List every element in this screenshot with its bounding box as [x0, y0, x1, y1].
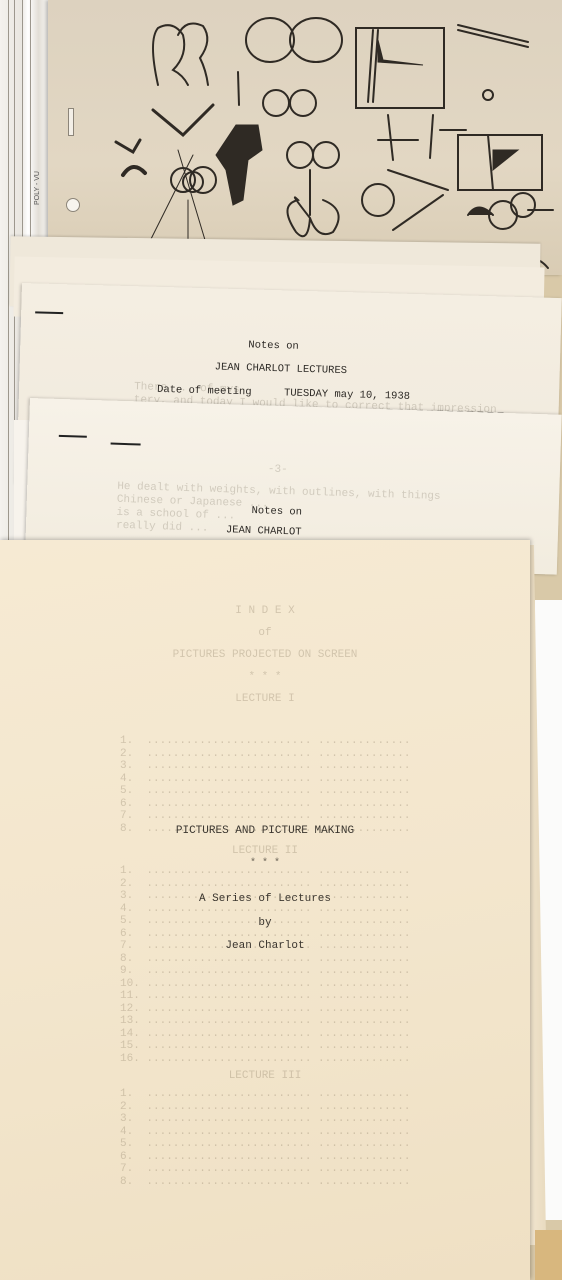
byline-by: by	[0, 917, 530, 929]
index-bleed-through: I N D E X of PICTURES PROJECTED ON SCREE…	[0, 600, 530, 710]
title-page: I N D E X of PICTURES PROJECTED ON SCREE…	[0, 540, 530, 1280]
margin-mark	[111, 443, 141, 446]
page-marker: -3-	[268, 464, 288, 478]
document-title: PICTURES AND PICTURE MAKING	[0, 825, 530, 837]
notes-heading-line1: Notes on	[248, 339, 299, 352]
index-list-lecture-i: 1. ......................... ...........…	[120, 735, 410, 835]
notes-heading-line2: JEAN CHARLOT LECTURES	[215, 361, 348, 377]
author-name: Jean Charlot	[0, 940, 530, 952]
lecture-iii-bleed-through: LECTURE III	[0, 1070, 530, 1083]
table-surface	[535, 1230, 562, 1280]
sketch-sheet	[48, 0, 562, 275]
date-value: TUESDAY may 10, 1938	[284, 387, 410, 403]
notes-heading-line1: Notes on	[251, 505, 302, 519]
margin-mark	[59, 435, 87, 438]
notes-heading-line2: JEAN CHARLOT	[226, 524, 302, 538]
diagram-sketches	[48, 0, 562, 275]
lecture-ii-bleed-through: LECTURE II	[0, 845, 530, 858]
index-list-lecture-iii: 1. ......................... ...........…	[120, 1088, 410, 1188]
margin-mark	[35, 311, 63, 314]
document-subtitle: A Series of Lectures	[0, 893, 530, 905]
date-label: Date of meeting	[157, 384, 252, 399]
ornament: * * *	[0, 858, 530, 869]
folder-spine-label: POLY - VU	[34, 171, 41, 205]
